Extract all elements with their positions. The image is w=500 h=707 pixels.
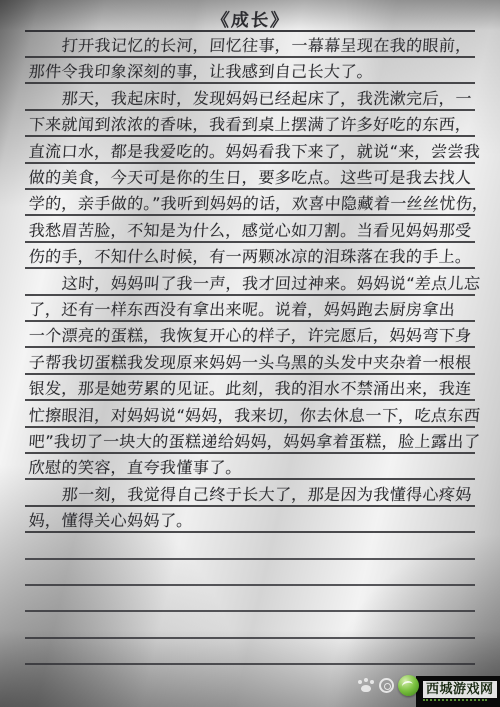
blank-ruled-line — [25, 587, 475, 612]
essay-line-row: 伤的手，不知什么时候，有一两颗冰凉的泪珠落在我的手上。 — [25, 244, 475, 269]
essay-line-row: 欣慰的笑容，直夸我懂事了。 — [25, 455, 475, 480]
blank-ruled-line — [25, 640, 475, 665]
essay-line-15: 忙擦眼泪，对妈妈说“妈妈，我来切，你去休息一下，吃点东西 — [28, 403, 481, 426]
leaf-icon — [398, 675, 419, 696]
essay-line-6: 做的美食，今天可是你的生日，要多吃点。这些可是我去找人 — [28, 165, 472, 188]
essay-line-12: 一个漂亮的蛋糕，我恢复开心的样子，许完愿后，妈妈弯下身 — [28, 323, 472, 346]
essay-line-10: 这时，妈妈叫了我一声，我才回过神来。妈妈说“差点儿忘 — [61, 271, 481, 294]
essay-line-row: 那件令我印象深刻的事，让我感到自己长大了。 — [25, 59, 475, 84]
essay-line-13: 子帮我切蛋糕我发现原来妈妈一头乌黑的头发中夹杂着一根根 — [28, 350, 472, 373]
essay-line-row: 下来就闻到浓浓的香味，我看到桌上摆满了许多好吃的东西， — [25, 112, 475, 137]
watermark: 西城游戏网 — [416, 676, 500, 707]
title-row: 《成长》 — [25, 7, 475, 32]
essay-line-row: 直流口水，都是我爱吃的。妈妈看我下来了，就说“来，尝尝我 — [25, 139, 475, 164]
essay-line-7: 学的，亲手做的。”我听到妈妈的话，欢喜中隐藏着一丝丝忧伤， — [28, 191, 489, 214]
essay-line-row: 学的，亲手做的。”我听到妈妈的话，欢喜中隐藏着一丝丝忧伤， — [25, 191, 475, 216]
essay-line-row: 了，还有一样东西没有拿出来呢。说着，妈妈跑去厨房拿出 — [25, 297, 475, 322]
essay-line-11: 了，还有一样东西没有拿出来呢。说着，妈妈跑去厨房拿出 — [28, 297, 456, 320]
essay-line-2: 那件令我印象深刻的事，让我感到自己长大了。 — [28, 59, 374, 82]
essay-line-16: 吧”我切了一块大的蛋糕递给妈妈，妈妈拿着蛋糕，脸上露出了 — [28, 429, 481, 452]
essay-line-5: 直流口水，都是我爱吃的。妈妈看我下来了，就说“来，尝尝我 — [28, 139, 481, 162]
essay-line-row: 打开我记忆的长河，回忆往事，一幕幕呈现在我的眼前， — [25, 33, 475, 58]
essay-line-row: 那一刻，我觉得自己终于长大了，那是因为我懂得心疼妈 — [25, 482, 475, 507]
watermark-icons — [357, 675, 412, 696]
essay-line-14: 银发，那是她劳累的见证。此刻，我的泪水不禁涌出来，我连 — [28, 376, 472, 399]
essay-line-row: 一个漂亮的蛋糕，我恢复开心的样子，许完愿后，妈妈弯下身 — [25, 323, 475, 348]
paw-icon — [357, 678, 375, 693]
essay-line-row: 做的美食，今天可是你的生日，要多吃点。这些可是我去找人 — [25, 165, 475, 190]
photo-of-handwritten-essay: 《成长》 打开我记忆的长河，回忆往事，一幕幕呈现在我的眼前， 那件令我印象深刻的… — [0, 0, 500, 707]
essay-line-9: 伤的手，不知什么时候，有一两颗冰凉的泪珠落在我的手上。 — [28, 244, 472, 267]
watermark-site-name: 西城游戏网 — [423, 681, 497, 698]
ring-icon — [379, 678, 394, 693]
blank-ruled-line — [25, 535, 475, 560]
blank-ruled-line — [25, 561, 475, 586]
essay-title: 《成长》 — [211, 7, 291, 32]
essay-line-row: 妈，懂得关心妈妈了。 — [25, 508, 475, 533]
essay-line-row: 我愁眉苦脸，不知是为什么，感觉心如刀割。当看见妈妈那受 — [25, 218, 475, 243]
essay-line-row: 那天，我起床时，发现妈妈已经起床了，我洗漱完后，一 — [25, 86, 475, 111]
essay-line-19: 妈，懂得关心妈妈了。 — [28, 508, 194, 531]
essay-line-3: 那天，我起床时，发现妈妈已经起床了，我洗漱完后，一 — [61, 86, 473, 109]
essay-line-18: 那一刻，我觉得自己终于长大了，那是因为我懂得心疼妈 — [61, 482, 473, 505]
essay-line-row: 这时，妈妈叫了我一声，我才回过神来。妈妈说“差点儿忘 — [25, 271, 475, 296]
essay-line-row: 吧”我切了一块大的蛋糕递给妈妈，妈妈拿着蛋糕，脸上露出了 — [25, 429, 475, 454]
essay-line-row: 银发，那是她劳累的见证。此刻，我的泪水不禁涌出来，我连 — [25, 376, 475, 401]
essay-line-1: 打开我记忆的长河，回忆往事，一幕幕呈现在我的眼前， — [61, 33, 473, 56]
essay-line-8: 我愁眉苦脸，不知是为什么，感觉心如刀割。当看见妈妈那受 — [28, 218, 472, 241]
blank-ruled-line — [25, 614, 475, 639]
essay-line-17: 欣慰的笑容，直夸我懂事了。 — [28, 455, 243, 478]
watermark-subtext-illegible — [423, 699, 487, 701]
essay-line-row: 忙擦眼泪，对妈妈说“妈妈，我来切，你去休息一下，吃点东西 — [25, 403, 475, 428]
essay-line-4: 下来就闻到浓浓的香味，我看到桌上摆满了许多好吃的东西， — [28, 112, 472, 135]
essay-line-row: 子帮我切蛋糕我发现原来妈妈一头乌黑的头发中夹杂着一根根 — [25, 350, 475, 375]
